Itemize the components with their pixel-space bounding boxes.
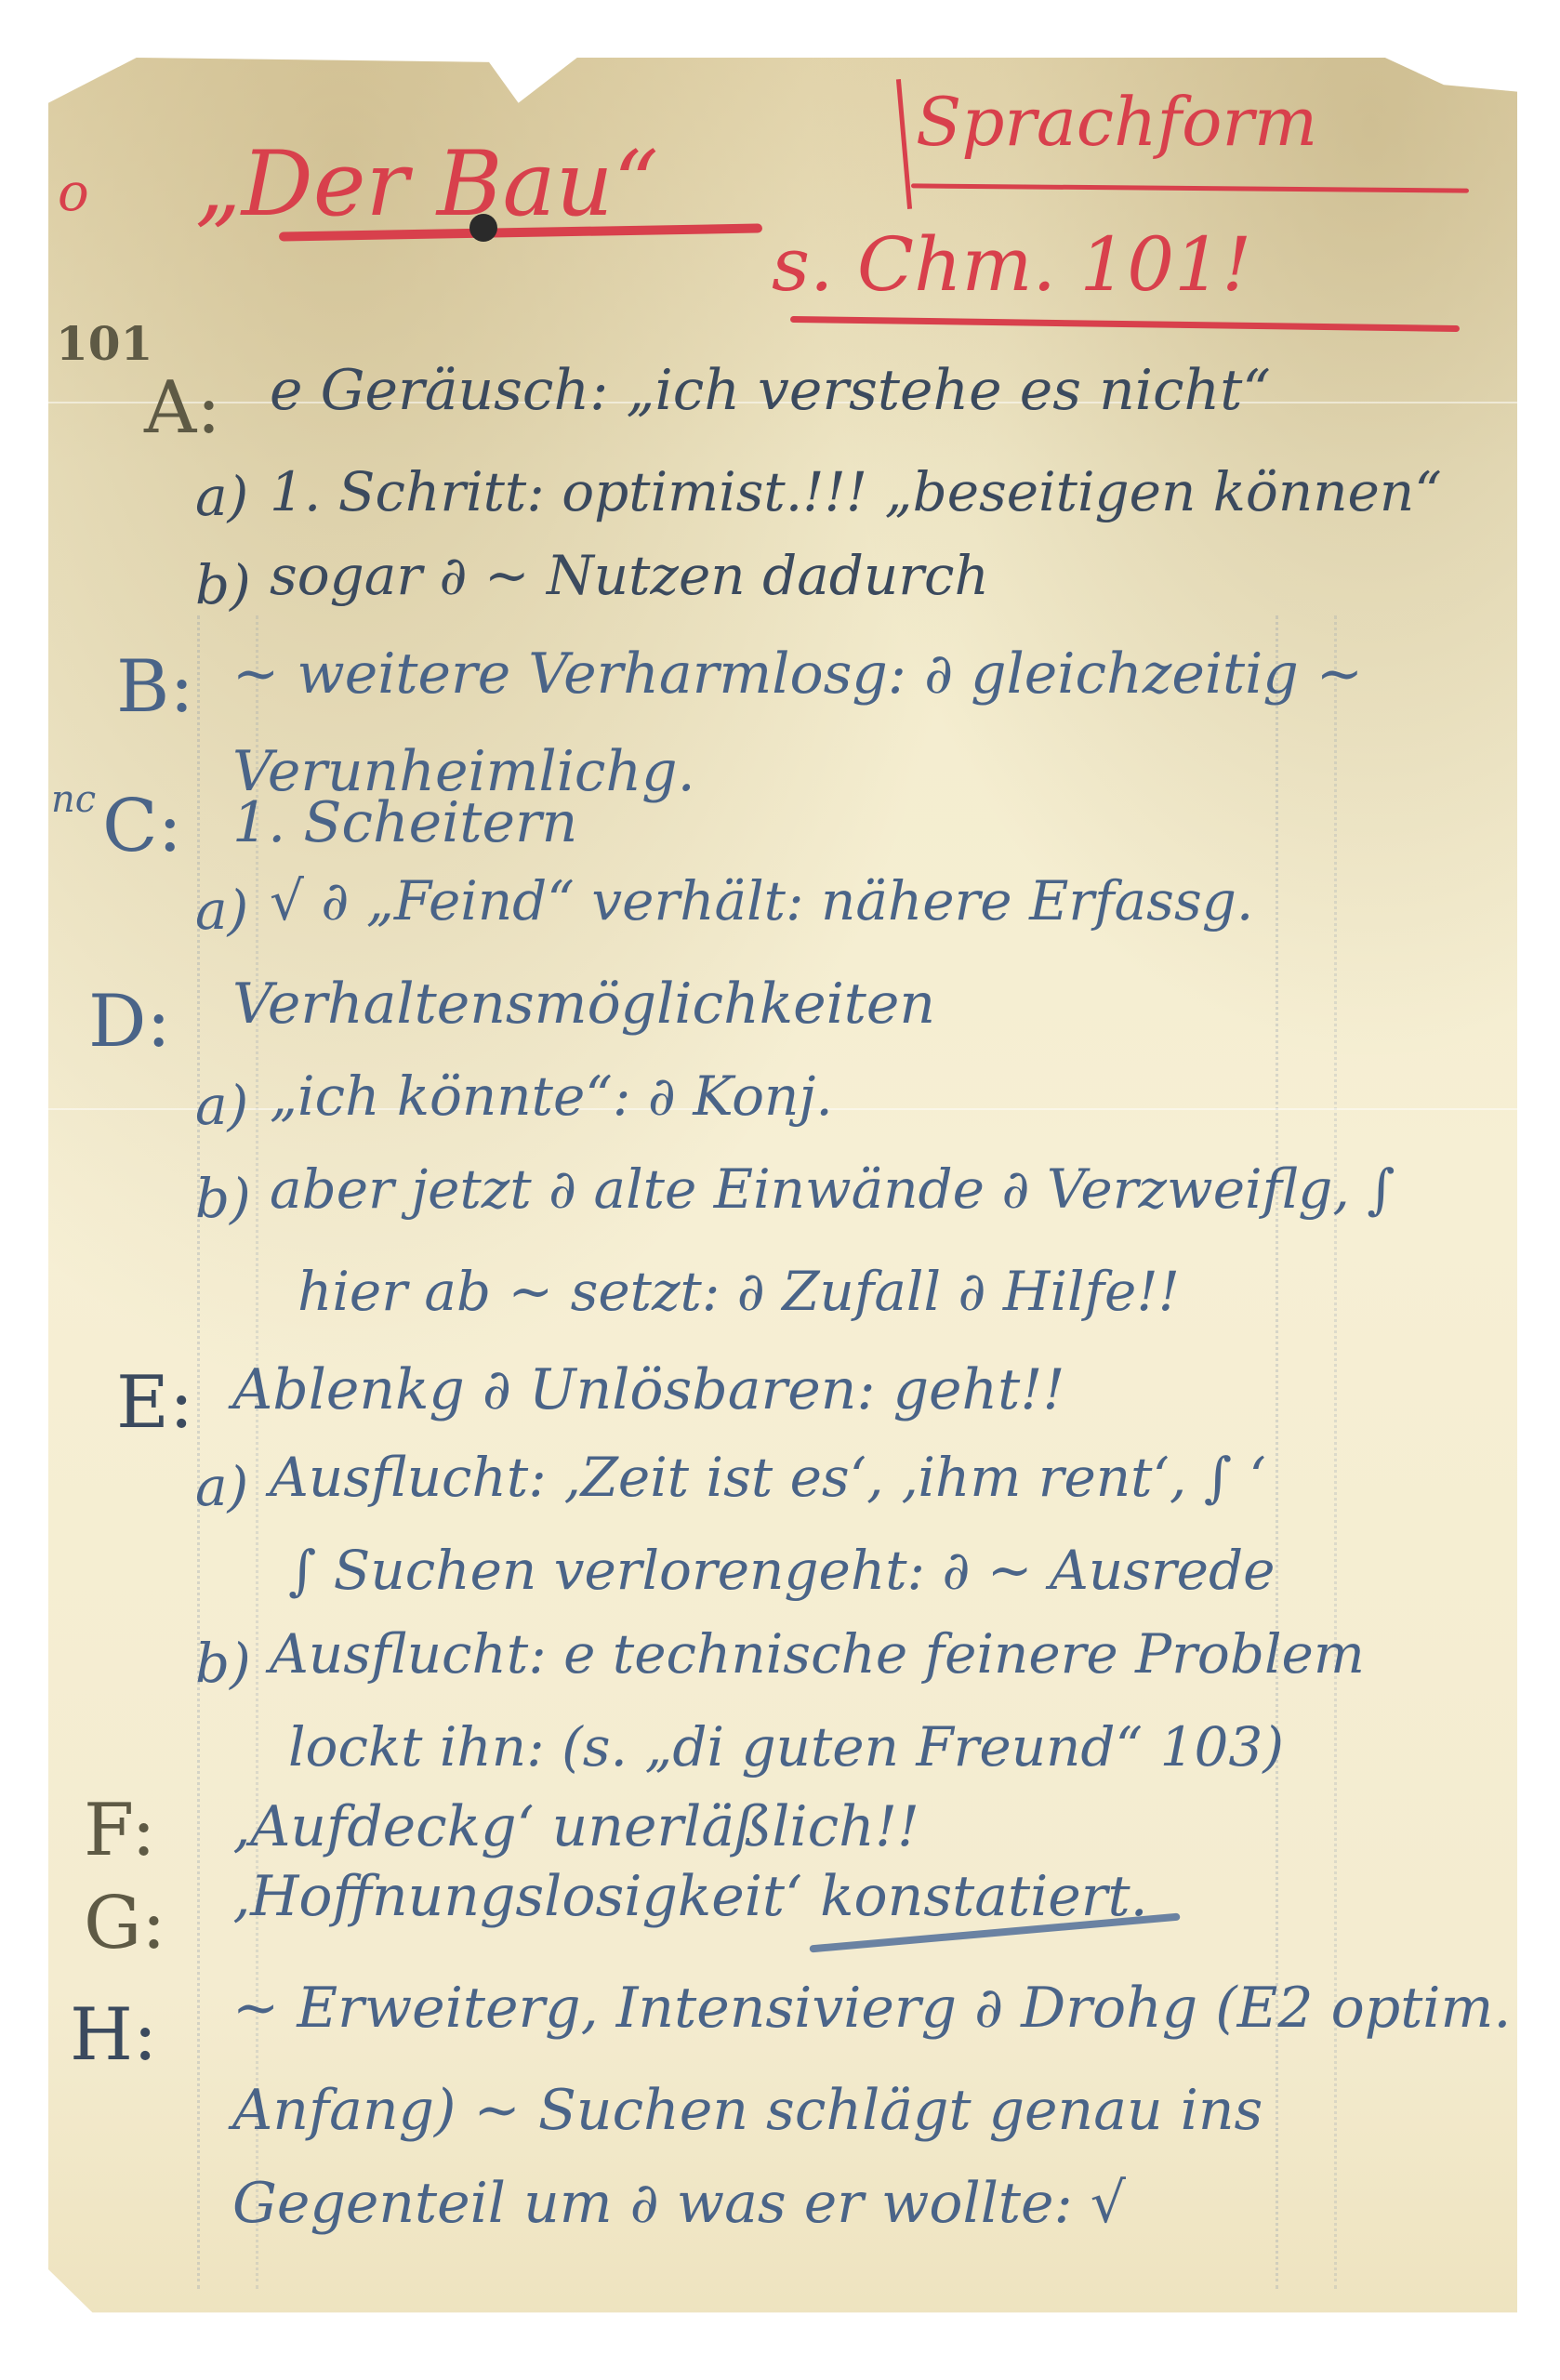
section-label-g: G: <box>84 1887 166 1960</box>
item-label: a) <box>195 469 248 523</box>
item-label: b) <box>195 1171 251 1225</box>
section-c-text: 1. Scheitern <box>232 795 577 851</box>
item-text: √ ∂ „Feind“ verhält: nähere Erfassg. <box>270 874 1253 928</box>
item-continuation: lockt ihn: (s. „di guten Freund“ 103) <box>288 1720 1284 1774</box>
section-label-f: F: <box>84 1794 156 1867</box>
section-label-h: H: <box>70 1999 157 2071</box>
circle-mark: o <box>58 167 89 219</box>
section-h-continuation-2: Gegenteil um ∂ was er wollte: √ <box>232 2175 1126 2231</box>
section-b-text: ~ weitere Verharmlosg: ∂ gleichzeitig ~ <box>232 646 1363 702</box>
item-text: sogar ∂ ~ Nutzen dadurch <box>270 549 989 602</box>
section-label-d: D: <box>88 985 171 1058</box>
item-continuation: ∫ Suchen verlorengeht: ∂ ~ Ausrede <box>288 1543 1275 1597</box>
cross-reference: s. Chm. 101! <box>772 228 1251 302</box>
ink-blot <box>469 214 497 242</box>
section-a-text: e Geräusch: „ich verstehe es nicht“ <box>270 363 1271 418</box>
section-h-continuation: Anfang) ~ Suchen schlägt genau ins <box>232 2082 1263 2138</box>
item-label: a) <box>195 883 248 937</box>
section-g-text: ‚Hoffnungslosigkeit‘ konstatiert. <box>232 1869 1148 1924</box>
section-label-e: E: <box>116 1367 193 1439</box>
page-number: 101 <box>56 321 152 367</box>
section-label-c: C: <box>102 790 182 863</box>
item-text: 1. Schritt: optimist.!!! „beseitigen kön… <box>270 465 1442 519</box>
item-text: aber jetzt ∂ alte Einwände ∂ Verzweiflg,… <box>270 1162 1395 1216</box>
section-e-text: Ablenkg ∂ Unlösbaren: geht!! <box>232 1362 1065 1418</box>
item-text: „ich könnte“: ∂ Konj. <box>270 1069 833 1123</box>
item-label: a) <box>195 1078 248 1132</box>
item-label: b) <box>195 1636 251 1690</box>
item-text: Ausflucht: e technische feinere Problem <box>270 1627 1365 1681</box>
section-label: Sprachform <box>916 88 1317 155</box>
section-d-text: Verhaltensmöglichkeiten <box>232 976 935 1032</box>
page-title: „Der Bau“ <box>195 139 659 229</box>
item-label: b) <box>195 558 251 612</box>
section-f-text: ‚Aufdeckg‘ unerläßlich!! <box>232 1799 919 1855</box>
item-label: a) <box>195 1460 248 1514</box>
item-continuation: hier ab ~ setzt: ∂ Zufall ∂ Hilfe!! <box>297 1264 1180 1318</box>
section-label-b: B: <box>116 651 194 723</box>
section-c-prefix: nc <box>51 781 96 818</box>
item-text: Ausflucht: ‚Zeit ist es‘, ‚ihm rent‘, ∫ … <box>270 1450 1266 1504</box>
section-label-a: A: <box>144 372 221 444</box>
section-h-text: ~ Erweiterg, Intensivierg ∂ Drohg (E2 op… <box>232 1980 1511 2036</box>
